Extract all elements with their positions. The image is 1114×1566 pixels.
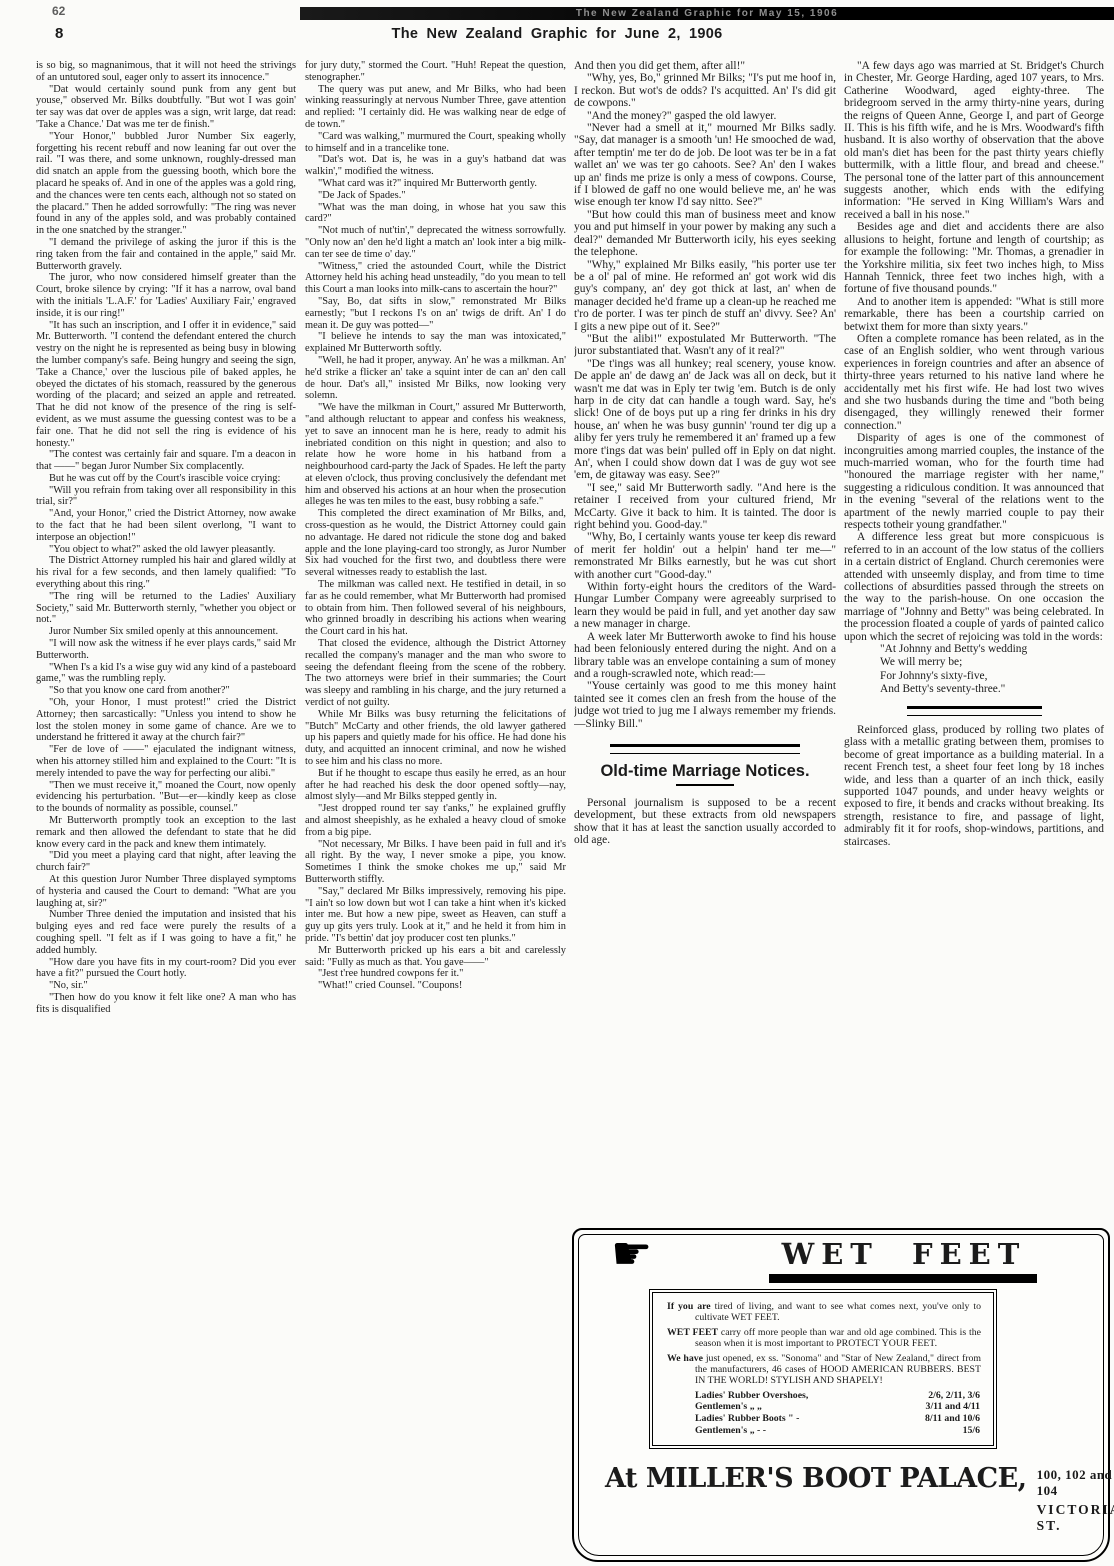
paragraph: "Jest dropped round ter say t'anks," he … [305, 803, 566, 838]
paragraph: "Jest t'ree hundred cowpons fer it." [305, 968, 566, 980]
paragraph: "Card was walking," murmured the Court, … [305, 131, 566, 155]
ad-body-inner: If you are tired of living, and want to … [652, 1292, 994, 1446]
ad-footer: At MILLER'S BOOT PALACE, 100, 102 and 10… [605, 1463, 1087, 1534]
paragraph: Within forty-eight hours the creditors o… [574, 581, 836, 631]
paragraph: "Then we must receive it," moaned the Co… [36, 780, 296, 815]
column-3-story: And then you did get them, after all!""W… [574, 60, 836, 730]
paragraph: "Why," explained Mr Bilks easily, "his p… [574, 259, 836, 333]
paragraph: "The ring will be returned to the Ladies… [36, 591, 296, 626]
paragraph: is so big, so magnanimous, that it will … [36, 60, 296, 84]
price-item: Ladies' Rubber Boots " - [695, 1413, 870, 1425]
ad-inner-frame: ☛ WET FEET If you are tired of living, a… [578, 1234, 1104, 1556]
paragraph: While Mr Bilks was busy returning the fe… [305, 709, 566, 768]
paragraph: "Fer de love of ——" ejaculated the indig… [36, 744, 296, 779]
paragraph: "Your Honor," bubbled Juror Number Six e… [36, 131, 296, 237]
verse-divider [907, 706, 1042, 716]
ad-price-list: Ladies' Rubber Overshoes,2/6, 2/11, 3/6G… [695, 1390, 981, 1436]
store-address: 100, 102 and 104 VICTORIA ST. [1037, 1463, 1114, 1534]
paragraph: "Say, Bo, dat sifts in slow," remonstrat… [305, 296, 566, 331]
pointing-hand-icon: ☛ [611, 1227, 652, 1279]
paragraph: Number Three denied the imputation and i… [36, 909, 296, 956]
paragraph: Besides age and diet and accidents there… [844, 221, 1104, 295]
paragraph: But he was cut off by the Court's irasci… [36, 473, 296, 485]
verse-line: And Betty's seventy-three." [880, 683, 1104, 696]
column-4-text: "A few days ago was married at St. Bridg… [844, 60, 1104, 643]
paragraph: "I see," said Mr Butterworth sadly. "And… [574, 482, 836, 532]
paragraph: "No, sir." [36, 980, 296, 992]
paragraph: That closed the evidence, although the D… [305, 638, 566, 709]
paragraph: "Did you meet a playing card that night,… [36, 850, 296, 874]
paragraph: "What!" cried Counsel. "Coupons! [305, 980, 566, 992]
paragraph: "What card was it?" inquired Mr Butterwo… [305, 178, 566, 190]
paragraph: "Say," declared Mr Bilks impressively, r… [305, 886, 566, 945]
verse-line: For Johnny's sixty-five, [880, 670, 1104, 683]
address-street: VICTORIA ST. [1037, 1502, 1114, 1534]
paragraph: "And, your Honor," cried the District At… [36, 508, 296, 543]
paragraph: "Not much of nut'tin'," deprecated the w… [305, 225, 566, 260]
column-2: for jury duty," stormed the Court. "Huh!… [305, 60, 566, 1235]
paragraph: "But how could this man of business meet… [574, 209, 836, 259]
paragraph: If you are tired of living, and want to … [667, 1301, 981, 1324]
ad-body-box: If you are tired of living, and want to … [649, 1289, 997, 1449]
paragraph: "How dare you have fits in my court-room… [36, 957, 296, 981]
paragraph: "It has such an inscription, and I offer… [36, 320, 296, 450]
paragraph: "Why, yes, Bo," grinned Mr Bilks; "I's p… [574, 72, 836, 109]
paragraph: Juror Number Six smiled openly at this a… [36, 626, 296, 638]
paragraph: The milkman was called next. He testifie… [305, 579, 566, 638]
newspaper-page: 62 The New Zealand Graphic for May 15, 1… [0, 0, 1114, 1566]
wet-feet-ad: ☛ WET FEET If you are tired of living, a… [572, 1228, 1110, 1562]
paragraph: "Dat's wot. Dat is, he was in a guy's ha… [305, 154, 566, 178]
paragraph: But if he thought to escape thus easily … [305, 768, 566, 803]
paragraph: "Then how do you know it felt like one? … [36, 992, 296, 1016]
paragraph: "And the money?" gasped the old lawyer. [574, 110, 836, 122]
paragraph: "Not necessary, Mr Bilks. I have been pa… [305, 839, 566, 886]
paragraph: "I will now ask the witness if he ever p… [36, 638, 296, 662]
paragraph: "We have the milkman in Court," assured … [305, 402, 566, 508]
wedding-verse: "At Johnny and Betty's weddingWe will me… [844, 643, 1104, 696]
paragraph: "I demand the privilege of asking the ju… [36, 237, 296, 272]
price-item: Gentlemen's „ „ [695, 1401, 870, 1413]
paragraph: And to another item is appended: "What i… [844, 296, 1104, 333]
paragraph: "You object to what?" asked the old lawy… [36, 544, 296, 556]
price-item: Gentlemen's „ - - [695, 1425, 870, 1437]
paragraph: "De t'ings was all hunkey; real scenery,… [574, 358, 836, 482]
paragraph: "Dat would certainly sound punk from any… [36, 84, 296, 131]
paragraph: "Witness," cried the astounded Court, wh… [305, 261, 566, 296]
paragraph: Disparity of ages is one of the commones… [844, 432, 1104, 531]
ad-title-underline [769, 1274, 1037, 1283]
paragraph: "When I's a kid I's a wise guy wid any k… [36, 662, 296, 686]
paragraph: The District Attorney rumpled his hair a… [36, 555, 296, 590]
section-intro: Personal journalism is supposed to be a … [574, 797, 836, 847]
column-4-closing: Reinforced glass, produced by rolling tw… [844, 724, 1104, 848]
paragraph: "So that you know one card from another?… [36, 685, 296, 697]
paragraph: Often a complete romance has been relate… [844, 333, 1104, 432]
address-numbers: 100, 102 and 104 [1037, 1467, 1114, 1499]
verse-line: "At Johnny and Betty's wedding [880, 643, 1104, 656]
paragraph: "Never had a smell at it," mourned Mr Bi… [574, 122, 836, 209]
price-item: Ladies' Rubber Overshoes, [695, 1390, 870, 1402]
paragraph: Mr Butterworth promptly took an exceptio… [36, 815, 296, 850]
ad-paragraphs: If you are tired of living, and want to … [667, 1301, 981, 1387]
paragraph: "What was the man doing, in whose hat yo… [305, 202, 566, 226]
store-name: At MILLER'S BOOT PALACE, [605, 1463, 1027, 1494]
paragraph: The query was put anew, and Mr Bilks, wh… [305, 84, 566, 131]
price-row: Ladies' Rubber Overshoes,2/6, 2/11, 3/6 [695, 1390, 981, 1402]
ad-title: WET FEET [765, 1237, 1043, 1271]
paragraph: "A few days ago was married at St. Bridg… [844, 60, 1104, 221]
paragraph: At this question Juror Number Three disp… [36, 874, 296, 909]
paragraph: for jury duty," stormed the Court. "Huh!… [305, 60, 566, 84]
column-3: And then you did get them, after all!""W… [574, 60, 836, 1222]
price-row: Ladies' Rubber Boots " -8/11 and 10/6 [695, 1413, 981, 1425]
heading-rule [676, 784, 734, 788]
paragraph: "Will you refrain from taking over all r… [36, 485, 296, 509]
section-divider [610, 744, 800, 754]
verse-line: We will merry be; [880, 656, 1104, 669]
paragraph: We have just opened, ex ss. "Sonoma" and… [667, 1353, 981, 1387]
column-4: "A few days ago was married at St. Bridg… [844, 60, 1104, 1185]
ghost-header-bar: The New Zealand Graphic for May 15, 1906 [300, 7, 1114, 20]
paragraph: Mr Butterworth pricked up his ears a bit… [305, 945, 566, 969]
price-value: 8/11 and 10/6 [870, 1413, 980, 1425]
paragraph: WET FEET carry off more people than war … [667, 1327, 981, 1350]
price-row: Gentlemen's „ - -15/6 [695, 1425, 981, 1437]
paragraph: "Why, Bo, I certainly wants youse ter ke… [574, 531, 836, 581]
paragraph: And then you did get them, after all!" [574, 60, 836, 72]
price-value: 15/6 [870, 1425, 980, 1437]
paragraph: "De Jack of Spades." [305, 190, 566, 202]
price-value: 2/6, 2/11, 3/6 [870, 1390, 980, 1402]
ghost-header-text: The New Zealand Graphic for May 15, 1906 [576, 8, 838, 19]
column-1: is so big, so magnanimous, that it will … [36, 60, 296, 1235]
paragraph: "Youse certainly was good to me this mon… [574, 680, 836, 730]
paragraph: This completed the direct examination of… [305, 508, 566, 579]
section-heading: Old-time Marriage Notices. [574, 762, 836, 781]
paragraph: "Oh, your Honor, I must protest!" cried … [36, 697, 296, 744]
paragraph: The juror, who now considered himself gr… [36, 272, 296, 319]
paragraph: "The contest was certainly fair and squa… [36, 449, 296, 473]
paragraph: "Well, he had it proper, anyway. An' he … [305, 355, 566, 402]
paragraph: Reinforced glass, produced by rolling tw… [844, 724, 1104, 848]
paragraph: A difference less great but more conspic… [844, 531, 1104, 643]
paragraph: "But the alibi!" expostulated Mr Butterw… [574, 333, 836, 358]
page-title: The New Zealand Graphic for June 2, 1906 [0, 26, 1114, 42]
paragraph: A week later Mr Butterworth awoke to fin… [574, 631, 836, 681]
ghost-page-number: 62 [52, 4, 65, 18]
paragraph: "I believe he intends to say the man was… [305, 331, 566, 355]
paragraph: Personal journalism is supposed to be a … [574, 797, 836, 847]
price-value: 3/11 and 4/11 [870, 1401, 980, 1413]
price-row: Gentlemen's „ „3/11 and 4/11 [695, 1401, 981, 1413]
